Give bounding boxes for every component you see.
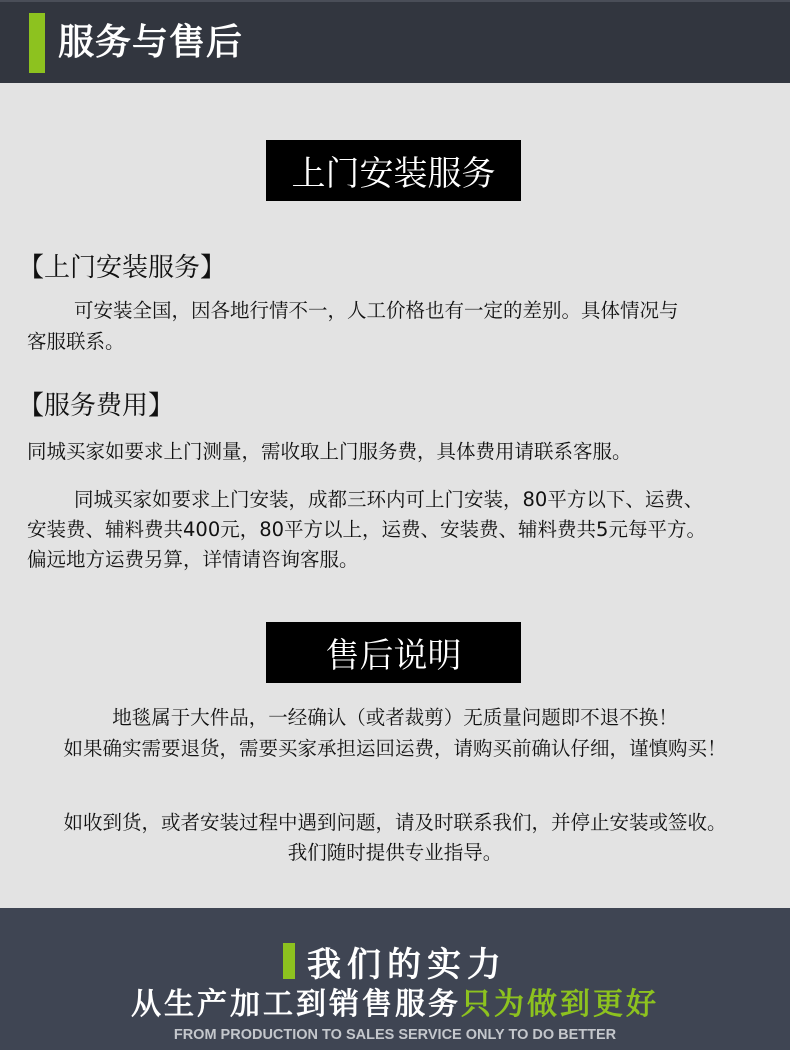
aftersale-banner: 售后说明: [266, 622, 521, 683]
fee-install-line-1: 同城买家如要求上门安装，成都三环内可上门安装，80平方以下、运费、: [74, 483, 703, 517]
install-text-line-1: 可安装全国，因各地行情不一，人工价格也有一定的差别。具体情况与: [74, 294, 679, 328]
footer-title-row: 我们的实力: [0, 938, 790, 984]
header-accent-bar: [29, 13, 45, 73]
install-text-line-2: 客服联系。: [27, 325, 125, 359]
fee-install-line-3: 偏远地方运费另算，详情请咨询客服。: [27, 543, 359, 577]
fee-measure-line: 同城买家如要求上门测量，需收取上门服务费，具体费用请联系客服。: [27, 435, 632, 469]
footer-title: 我们的实力: [307, 937, 507, 986]
footer-english-slogan: FROM PRODUCTION TO SALES SERVICE ONLY TO…: [0, 1025, 790, 1045]
aftersale-contact-line-2: 我们随时提供专业指导。: [0, 836, 790, 870]
footer-slogan-green: 只为做到更好: [461, 987, 659, 1022]
install-service-banner: 上门安装服务: [266, 140, 521, 201]
install-section-heading: 【上门安装服务】: [18, 251, 226, 285]
strength-footer: 我们的实力 从生产加工到销售服务只为做到更好 FROM PRODUCTION T…: [0, 908, 790, 1050]
footer-slogan-white: 从生产加工到销售服务: [131, 987, 461, 1022]
aftersale-contact-line-1: 如收到货，或者安装过程中遇到问题，请及时联系我们，并停止安装或签收。: [0, 806, 790, 840]
fee-install-line-2: 安装费、辅料费共400元，80平方以上，运费、安装费、辅料费共5元每平方。: [27, 513, 706, 547]
aftersale-line-2: 如果确实需要退货，需要买家承担运回运费，请购买前确认仔细，谨慎购买！: [0, 732, 790, 766]
aftersale-line-1: 地毯属于大件品，一经确认（或者裁剪）无质量问题即不退不换！: [0, 701, 790, 735]
page-header: 服务与售后: [0, 0, 790, 83]
footer-accent-bar: [283, 943, 295, 979]
footer-slogan: 从生产加工到销售服务只为做到更好: [0, 984, 790, 1026]
page-title: 服务与售后: [58, 18, 243, 68]
fee-section-heading: 【服务费用】: [18, 389, 174, 423]
